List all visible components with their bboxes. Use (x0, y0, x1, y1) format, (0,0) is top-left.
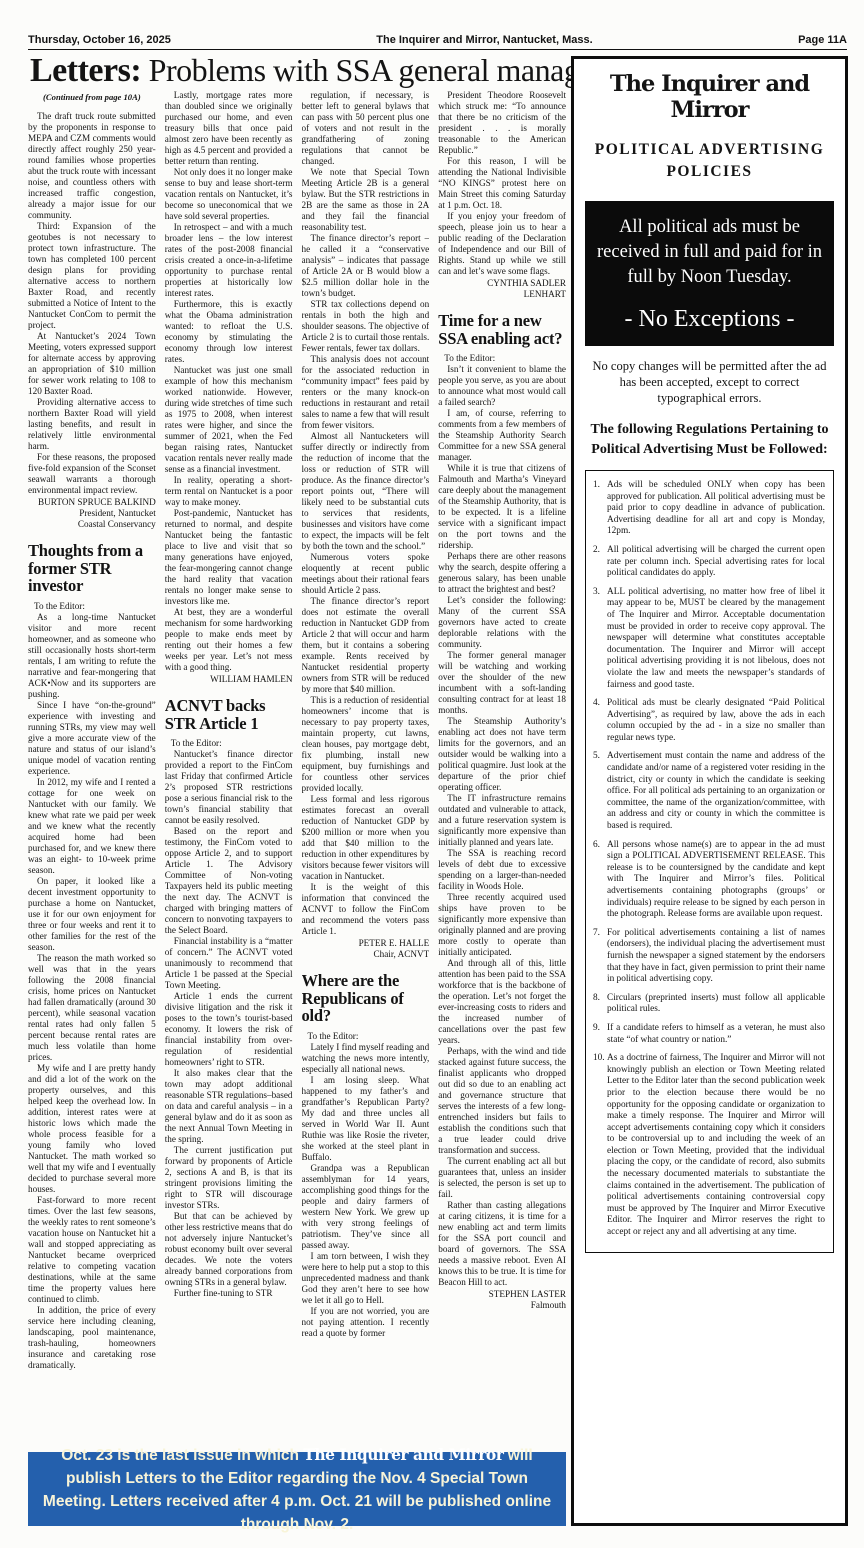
ad-regulation-item: Political ads must be clearly designated… (592, 698, 825, 744)
letter-block: Numerous voters spoke eloquently at rece… (302, 552, 430, 596)
ad-regulation-item: ALL political advertising, no matter how… (592, 587, 825, 691)
letter-block: I am losing sleep. What happened to my f… (302, 1075, 430, 1163)
ad-regulations-box: Ads will be scheduled ONLY when copy has… (585, 470, 834, 1253)
letter-column-2: Lastly, mortgage rates more than doubled… (165, 90, 293, 1446)
letter-block: My wife and I are pretty handy and did a… (28, 1063, 156, 1195)
letter-block: Furthermore, this is exactly what the Ob… (165, 299, 293, 365)
letter-block: PETER E. HALLE Chair, ACNVT (302, 938, 430, 960)
ad-title-line1: POLITICAL ADVERTISING (585, 139, 834, 161)
letter-block: Isn’t it convenient to blame the people … (438, 364, 566, 408)
letter-block: (Continued from page 10A) (28, 92, 156, 103)
headline-kicker: Letters: (30, 52, 141, 89)
footer-notice-brand: The Inquirer and Mirror (303, 1445, 503, 1464)
letter-block: While it is true that citizens of Falmou… (438, 463, 566, 551)
ad-regulation-item: Ads will be scheduled ONLY when copy has… (592, 480, 825, 538)
letter-block: Lastly, mortgage rates more than doubled… (165, 90, 293, 167)
letter-block: President Theodore Roosevelt which struc… (438, 90, 566, 156)
letter-block: At Nantucket’s 2024 Town Meeting, voters… (28, 331, 156, 397)
ad-regulations-list: Ads will be scheduled ONLY when copy has… (592, 480, 825, 1239)
letter-block: For this reason, I will be attending the… (438, 156, 566, 211)
letter-block: regulation, if necessary, is better left… (302, 90, 430, 167)
letter-block: It also makes clear that the town may ad… (165, 1068, 293, 1145)
letter-block: CYNTHIA SADLER LENHART (438, 278, 566, 300)
letter-block: Less formal and less rigorous estimates … (302, 794, 430, 882)
ad-regulation-item: For political advertisements containing … (592, 928, 825, 986)
letter-block: Based on the report and testimony, the F… (165, 826, 293, 936)
header-masthead: The Inquirer and Mirror, Nantucket, Mass… (376, 34, 592, 46)
letter-block: Perhaps, with the wind and tide stacked … (438, 1046, 566, 1156)
letter-block: The draft truck route submitted by the p… (28, 111, 156, 221)
letter-block: Perhaps there are other reasons why the … (438, 551, 566, 595)
letter-block: Post-pandemic, Nantucket has returned to… (165, 508, 293, 607)
letter-block: But that can be achieved by other less r… (165, 1211, 293, 1288)
letter-block: Fast-forward to more recent times. Over … (28, 1195, 156, 1305)
letter-block: On paper, it looked like a decent invest… (28, 876, 156, 953)
letter-block: Providing alternative access to northern… (28, 397, 156, 452)
political-advertising-ad: The Inquirer and Mirror POLITICAL ADVERT… (571, 56, 848, 1526)
letter-block: The finance director’s report – he calle… (302, 233, 430, 299)
letter-block: If you are not worried, you are not payi… (302, 1306, 430, 1339)
letter-block: Since I have “on-the-ground” experience … (28, 700, 156, 777)
ad-regulation-item: All persons whose name(s) are to appear … (592, 840, 825, 921)
header-page-number: Page 11A (798, 34, 847, 46)
letter-block: To the Editor: (438, 353, 566, 364)
ad-title-line2: POLICIES (585, 161, 834, 183)
letter-block: BURTON SPRUCE BALKIND President, Nantuck… (28, 497, 156, 530)
letter-column-4: President Theodore Roosevelt which struc… (438, 90, 566, 1446)
letter-block: This is a reduction of residential homeo… (302, 695, 430, 794)
ad-regulations-heading: The following Regulations Pertaining to … (585, 420, 834, 460)
ad-regulation-item: Advertisement must contain the name and … (592, 751, 825, 832)
letter-block: The finance director’s report does not e… (302, 596, 430, 695)
letter-block: It is the weight of this information tha… (302, 882, 430, 937)
letter-block: ACNVT backs STR Article 1 (165, 697, 293, 732)
letter-block: The Steamship Authority’s enabling act d… (438, 716, 566, 793)
letter-block: I am torn between, I wish they were here… (302, 1251, 430, 1306)
header-date: Thursday, October 16, 2025 (28, 34, 171, 46)
letter-block: In retrospect – and with a much broader … (165, 222, 293, 299)
ad-no-exceptions: - No Exceptions - (597, 304, 822, 334)
ad-newspaper-logo: The Inquirer and Mirror (585, 71, 834, 123)
letter-block: Nantucket’s finance director provided a … (165, 749, 293, 826)
letter-block: Three recently acquired used ships have … (438, 892, 566, 958)
letter-block: As a long-time Nantucket visitor and mor… (28, 612, 156, 700)
letter-block: The current enabling act all but guarant… (438, 1156, 566, 1200)
letter-block: Nantucket was just one small example of … (165, 365, 293, 475)
letter-block: The SSA is reaching record levels of deb… (438, 848, 566, 892)
letter-block: And through all of this, little attentio… (438, 958, 566, 1046)
letter-block: In addition, the price of every service … (28, 1305, 156, 1371)
letter-block: Thoughts from a former STR investor (28, 542, 156, 595)
letter-block: Further fine-tuning to STR (165, 1288, 293, 1299)
letter-block: Article 1 ends the current divisive liti… (165, 991, 293, 1068)
ad-deadline-text: All political ads must be received in fu… (597, 215, 822, 290)
letter-block: Financial instability is a “matter of co… (165, 936, 293, 991)
letter-block: In reality, operating a short-term renta… (165, 475, 293, 508)
letter-block: To the Editor: (165, 738, 293, 749)
letter-block: I am, of course, referring to comments f… (438, 408, 566, 463)
ad-deadline-box: All political ads must be received in fu… (585, 201, 834, 346)
letter-block: The IT infrastructure remains outdated a… (438, 793, 566, 848)
section-headline: Letters: Problems with SSA general manag… (30, 52, 565, 90)
letter-block: To the Editor: (28, 601, 156, 612)
footer-notice-prefix: Oct. 23 is the last issue in which (61, 1447, 303, 1464)
letter-column-1: (Continued from page 10A)The draft truck… (28, 90, 156, 1446)
letter-block: Not only does it no longer make sense to… (165, 167, 293, 222)
letter-block: Where are the Republicans of old? (302, 972, 430, 1025)
letter-block: Time for a new SSA enabling act? (438, 312, 566, 347)
letter-block: The former general manager will be watch… (438, 650, 566, 716)
letter-block: In 2012, my wife and I rented a cottage … (28, 777, 156, 876)
letter-block: The current justification put forward by… (165, 1145, 293, 1211)
page-header: Thursday, October 16, 2025 The Inquirer … (28, 34, 847, 50)
letter-block: STR tax collections depend on rentals in… (302, 299, 430, 354)
footer-notice-text: Oct. 23 is the last issue in which The I… (38, 1443, 556, 1536)
letter-block: For these reasons, the proposed five-fol… (28, 452, 156, 496)
letter-block: The reason the math worked so well was t… (28, 953, 156, 1063)
letter-block: At best, they are a wonderful mechanism … (165, 607, 293, 673)
footer-notice-bar: Oct. 23 is the last issue in which The I… (28, 1452, 566, 1526)
letters-columns: (Continued from page 10A)The draft truck… (28, 90, 566, 1446)
letter-block: To the Editor: (302, 1031, 430, 1042)
ad-title: POLITICAL ADVERTISING POLICIES (585, 139, 834, 183)
letter-column-3: regulation, if necessary, is better left… (302, 90, 430, 1446)
letter-block: This analysis does not account for the a… (302, 354, 430, 431)
letter-block: Lately I find myself reading and watchin… (302, 1042, 430, 1075)
letter-block: Almost all Nantucketers will suffer dire… (302, 431, 430, 552)
letter-block: We note that Special Town Meeting Articl… (302, 167, 430, 233)
letter-block: Third: Expansion of the geotubes is not … (28, 221, 156, 331)
letter-block: If you enjoy your freedom of speech, ple… (438, 211, 566, 277)
newspaper-page: Thursday, October 16, 2025 The Inquirer … (0, 0, 864, 1548)
letter-block: WILLIAM HAMLEN (165, 674, 293, 685)
letter-block: Let’s consider the following: Many of th… (438, 595, 566, 650)
letter-block: Rather than casting allegations at carin… (438, 1200, 566, 1288)
ad-regulation-item: Circulars (preprinted inserts) must foll… (592, 993, 825, 1016)
letter-block: STEPHEN LASTER Falmouth (438, 1289, 566, 1311)
ad-regulation-item: If a candidate refers to himself as a ve… (592, 1023, 825, 1046)
ad-regulation-item: As a doctrine of fairness, The Inquirer … (592, 1053, 825, 1239)
ad-regulation-item: All political advertising will be charge… (592, 545, 825, 580)
ad-copy-changes-note: No copy changes will be permitted after … (585, 358, 834, 406)
letter-block: Grandpa was a Republican assemblyman for… (302, 1163, 430, 1251)
